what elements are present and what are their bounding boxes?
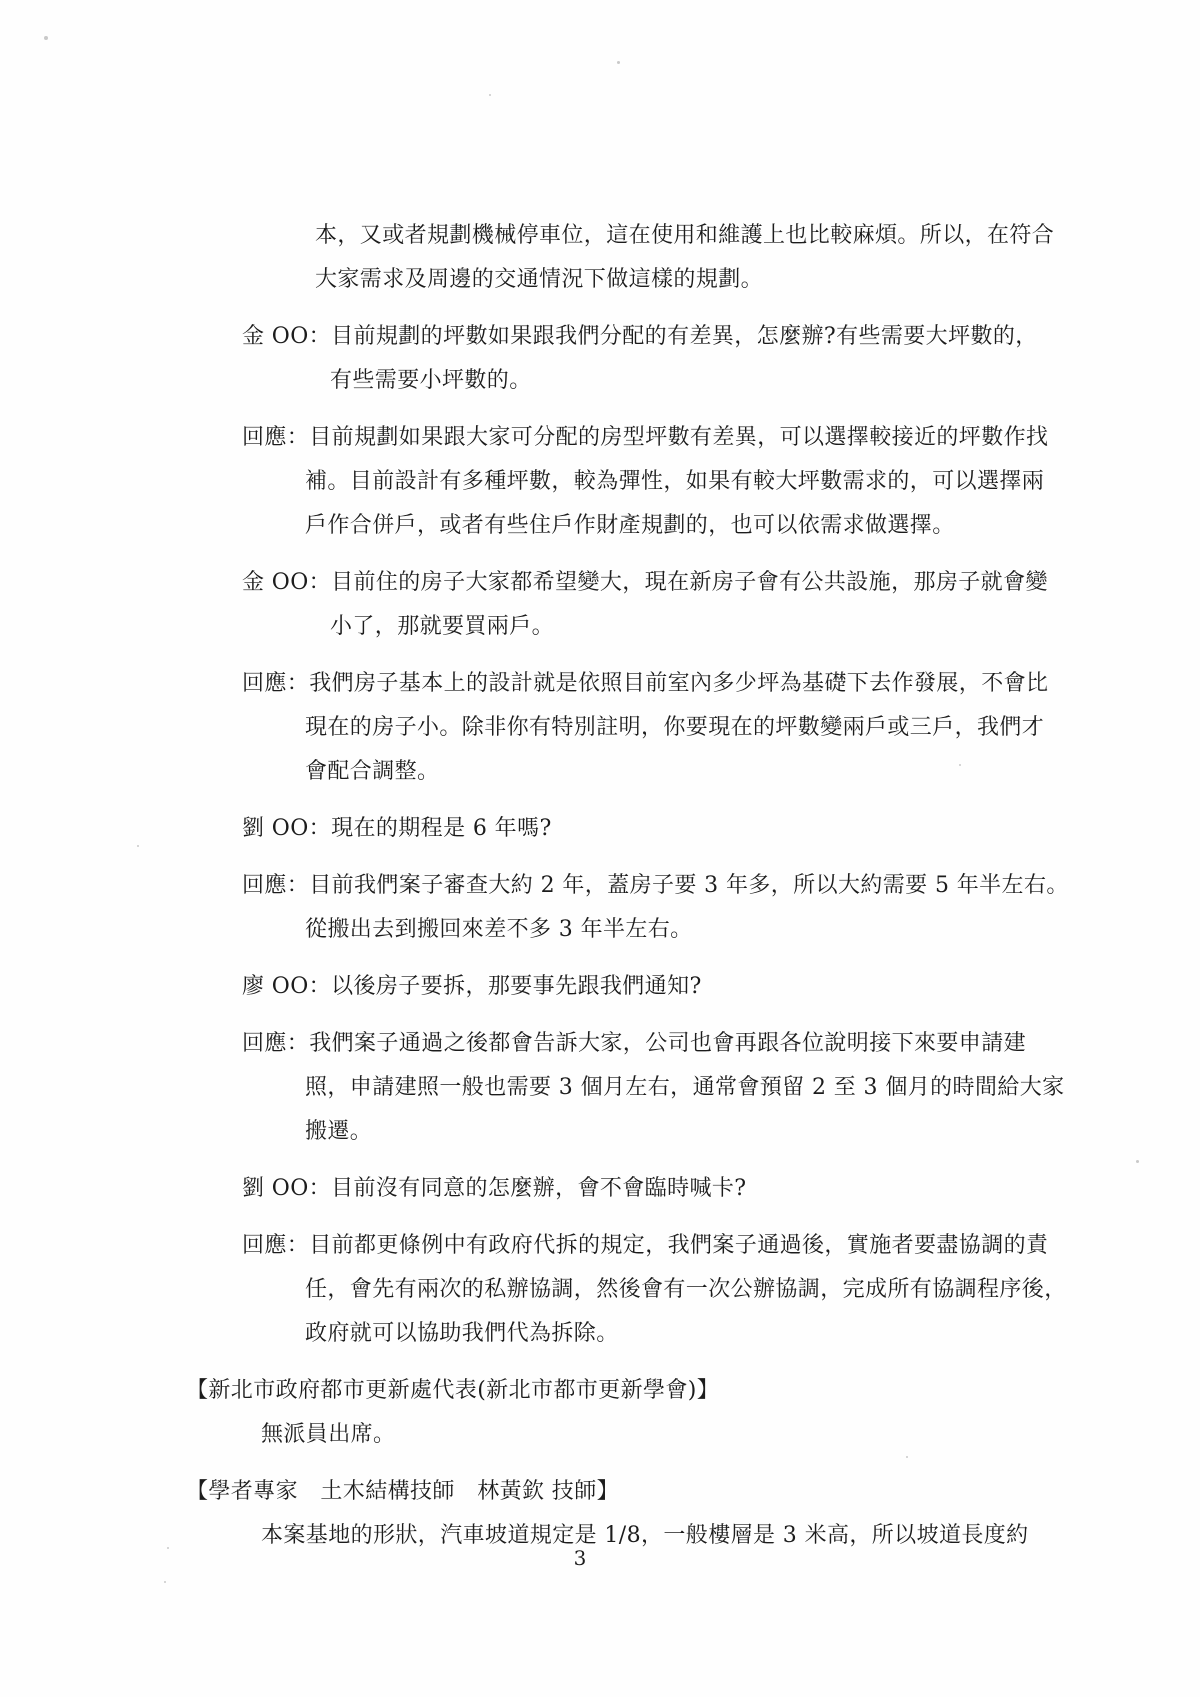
speaker-label: 回應： xyxy=(242,1031,309,1056)
scanned-minutes-page: 本，又或者規劃機械停車位，這在使用和維護上也比較麻煩。所以，在符合 大家需求及周… xyxy=(0,0,1200,1697)
speech-text: 現在的期程是 6 年嗎? xyxy=(331,816,552,841)
qa-question-block: 金 OO：目前住的房子大家都希望變大，現在新房子會有公共設施，那房子就會變 小了… xyxy=(0,561,1200,649)
speaker-label: 劉 OO： xyxy=(242,816,331,841)
speaker-label: 金 OO： xyxy=(242,570,331,595)
text-line: 大家需求及周邊的交通情況下做這樣的規劃。 xyxy=(315,258,1200,302)
text-line: 有些需要小坪數的。 xyxy=(330,359,1200,403)
speech-text: 目前我們案子審查大約 2 年，蓋房子要 3 年多，所以大約需要 5 年半左右。 xyxy=(309,873,1069,898)
speaker-label: 回應： xyxy=(242,1233,309,1258)
speaker-line: 回應：我們案子通過之後都會告訴大家，公司也會再跟各位說明接下來要申請建 xyxy=(242,1022,1200,1066)
qa-answer-block: 回應：目前規劃如果跟大家可分配的房型坪數有差異，可以選擇較接近的坪數作找 補。目… xyxy=(0,416,1200,548)
speaker-label: 回應： xyxy=(242,425,309,450)
scan-speckle xyxy=(959,764,961,766)
qa-answer-block: 回應：目前我們案子審查大約 2 年，蓋房子要 3 年多，所以大約需要 5 年半左… xyxy=(0,864,1200,952)
speaker-line: 金 OO：目前住的房子大家都希望變大，現在新房子會有公共設施，那房子就會變 xyxy=(242,561,1200,605)
text-line: 補。目前設計有多種坪數，較為彈性，如果有較大坪數需求的，可以選擇兩 xyxy=(305,460,1200,504)
text-line: 無派員出席。 xyxy=(261,1413,1200,1457)
paragraph-block: 本，又或者規劃機械停車位，這在使用和維護上也比較麻煩。所以，在符合 大家需求及周… xyxy=(0,214,1200,302)
scan-speckle xyxy=(137,845,139,847)
qa-question-block: 劉 OO：目前沒有同意的怎麼辦，會不會臨時喊卡? xyxy=(0,1167,1200,1211)
text-line: 從搬出去到搬回來差不多 3 年半左右。 xyxy=(305,908,1200,952)
qa-question-block: 金 OO：目前規劃的坪數如果跟我們分配的有差異，怎麼辦?有些需要大坪數的， 有些… xyxy=(0,315,1200,403)
scan-speckle xyxy=(489,94,491,96)
scan-speckle xyxy=(167,1547,169,1549)
text-line: 戶作合併戶，或者有些住戶作財產規劃的，也可以依需求做選擇。 xyxy=(305,504,1200,548)
qa-answer-block: 回應：我們房子基本上的設計就是依照目前室內多少坪為基礎下去作發展，不會比 現在的… xyxy=(0,662,1200,794)
speaker-line: 劉 OO：目前沒有同意的怎麼辦，會不會臨時喊卡? xyxy=(242,1167,1200,1211)
speech-text: 目前規劃的坪數如果跟我們分配的有差異，怎麼辦?有些需要大坪數的， xyxy=(331,324,1038,349)
speaker-label: 金 OO： xyxy=(242,324,331,349)
text-line: 會配合調整。 xyxy=(305,750,1200,794)
speaker-line: 回應：目前規劃如果跟大家可分配的房型坪數有差異，可以選擇較接近的坪數作找 xyxy=(242,416,1200,460)
text-line: 政府就可以協助我們代為拆除。 xyxy=(305,1312,1200,1356)
text-line: 現在的房子小。除非你有特別註明，你要現在的坪數變兩戶或三戶，我們才 xyxy=(305,706,1200,750)
speaker-label: 回應： xyxy=(242,873,309,898)
speaker-label: 廖 OO： xyxy=(242,974,331,999)
speech-text: 以後房子要拆，那要事先跟我們通知? xyxy=(331,974,702,999)
text-line: 搬遷。 xyxy=(305,1110,1200,1154)
page-number: 3 xyxy=(0,1543,1160,1573)
speech-text: 我們房子基本上的設計就是依照目前室內多少坪為基礎下去作發展，不會比 xyxy=(309,671,1048,696)
scan-speckle xyxy=(44,36,48,40)
speaker-line: 回應：目前我們案子審查大約 2 年，蓋房子要 3 年多，所以大約需要 5 年半左… xyxy=(242,864,1200,908)
qa-question-block: 劉 OO：現在的期程是 6 年嗎? xyxy=(0,807,1200,851)
text-line: 照，申請建照一般也需要 3 個月左右，通常會預留 2 至 3 個月的時間給大家 xyxy=(305,1066,1200,1110)
qa-answer-block: 回應：目前都更條例中有政府代拆的規定，我們案子通過後，實施者要盡協調的責 任，會… xyxy=(0,1224,1200,1356)
section-block: 【新北市政府都市更新處代表(新北市都市更新學會)】 無派員出席。 xyxy=(0,1369,1200,1457)
qa-answer-block: 回應：我們案子通過之後都會告訴大家，公司也會再跟各位說明接下來要申請建 照，申請… xyxy=(0,1022,1200,1154)
speaker-line: 金 OO：目前規劃的坪數如果跟我們分配的有差異，怎麼辦?有些需要大坪數的， xyxy=(242,315,1200,359)
scan-speckle xyxy=(906,1456,908,1458)
speaker-line: 廖 OO：以後房子要拆，那要事先跟我們通知? xyxy=(242,965,1200,1009)
qa-question-block: 廖 OO：以後房子要拆，那要事先跟我們通知? xyxy=(0,965,1200,1009)
scan-speckle xyxy=(1136,1160,1139,1163)
speech-text: 目前沒有同意的怎麼辦，會不會臨時喊卡? xyxy=(331,1176,746,1201)
text-line: 任，會先有兩次的私辦協調，然後會有一次公辦協調，完成所有協調程序後， xyxy=(305,1268,1200,1312)
scan-speckle xyxy=(617,61,620,64)
section-header: 【學者專家 土木結構技師 林黃欽 技師】 xyxy=(186,1470,1200,1514)
section-header: 【新北市政府都市更新處代表(新北市都市更新學會)】 xyxy=(186,1369,1200,1413)
speech-text: 目前規劃如果跟大家可分配的房型坪數有差異，可以選擇較接近的坪數作找 xyxy=(309,425,1048,450)
speaker-line: 劉 OO：現在的期程是 6 年嗎? xyxy=(242,807,1200,851)
scan-speckle xyxy=(164,1581,166,1583)
speech-text: 目前住的房子大家都希望變大，現在新房子會有公共設施，那房子就會變 xyxy=(331,570,1048,595)
text-line: 本，又或者規劃機械停車位，這在使用和維護上也比較麻煩。所以，在符合 xyxy=(315,214,1200,258)
speech-text: 我們案子通過之後都會告訴大家，公司也會再跟各位說明接下來要申請建 xyxy=(309,1031,1026,1056)
text-line: 小了，那就要買兩戶。 xyxy=(330,605,1200,649)
speaker-line: 回應：目前都更條例中有政府代拆的規定，我們案子通過後，實施者要盡協調的責 xyxy=(242,1224,1200,1268)
speaker-label: 回應： xyxy=(242,671,309,696)
speaker-label: 劉 OO： xyxy=(242,1176,331,1201)
speaker-line: 回應：我們房子基本上的設計就是依照目前室內多少坪為基礎下去作發展，不會比 xyxy=(242,662,1200,706)
speech-text: 目前都更條例中有政府代拆的規定，我們案子通過後，實施者要盡協調的責 xyxy=(309,1233,1048,1258)
page-content: 本，又或者規劃機械停車位，這在使用和維護上也比較麻煩。所以，在符合 大家需求及周… xyxy=(0,214,1200,1571)
